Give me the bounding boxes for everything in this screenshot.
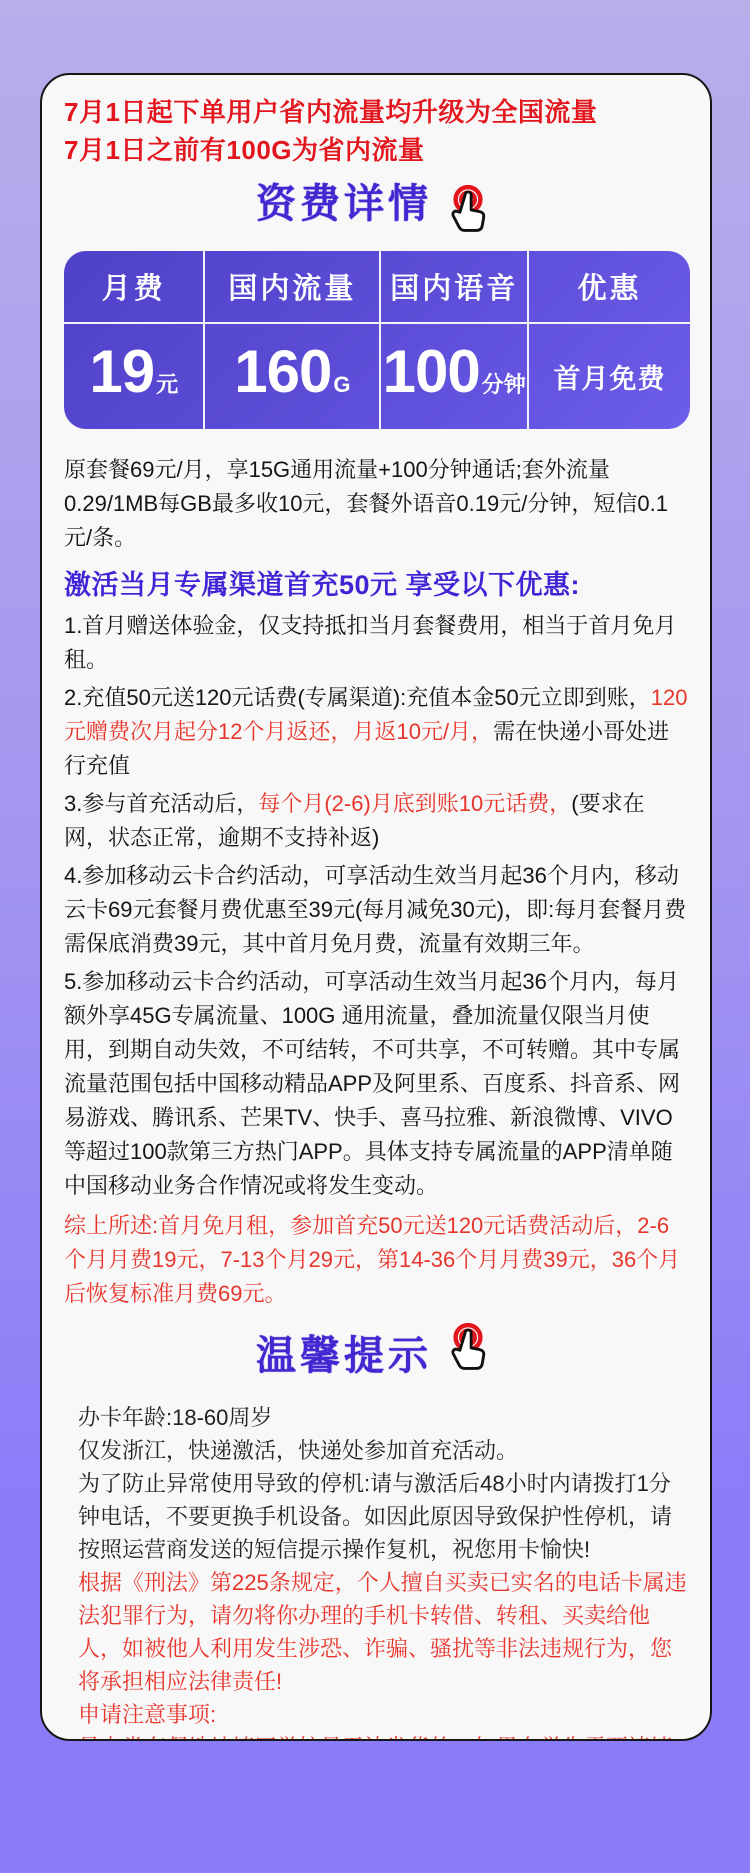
promo-item-1: 1.首月赠送体验金，仅支持抵扣当月套餐费用，相当于首月免月租。 [64,609,688,677]
tip-shipping-region: 仅发浙江，快递激活，快递处参加首充活动。 [78,1434,688,1467]
plan-table-header-discount: 优惠 [529,251,690,324]
promo-benefits-list: 1.首月赠送体验金，仅支持抵扣当月套餐费用，相当于首月免月租。 2.充值50元送… [64,609,688,1203]
plan-table-cell-monthly-fee: 19元 [64,324,205,429]
tip-legal-warning: 根据《刑法》第225条规定，个人擅自买卖已实名的电话卡属违法犯罪行为，请勿将你办… [78,1566,688,1698]
plan-table-header-monthly-fee: 月费 [64,251,205,324]
pricing-summary: 综上所述:首月免月租，参加首充50元送120元话费活动后，2-6个月月费19元，… [64,1209,688,1311]
tip-activation-call: 为了防止异常使用导致的停机:请与激活后48小时内请拨打1分钟电话，不要更换手机设… [78,1467,688,1566]
upgrade-notice-line1: 7月1日起下单用户省内流量均升级为全国流量 [64,93,688,131]
pricing-section-title[interactable]: 资费详情 [64,175,688,237]
voice-unit: 分钟 [482,368,526,399]
promo-item-2: 2.充值50元送120元话费(专属渠道):充值本金50元立即到账，120元赠费次… [64,681,688,783]
plan-table-cell-discount: 首月免费 [529,324,690,429]
promo-item-4: 4.参加移动云卡合约活动，可享活动生效当月起36个月内，移动云卡69元套餐月费优… [64,859,688,961]
data-unit: G [333,372,350,398]
promo-item-3: 3.参与首充活动后，每个月(2-6)月底到账10元话费，(要求在网，状态正常，逾… [64,787,688,855]
tips-title-text: 温馨提示 [256,1327,432,1385]
tips-list: 办卡年龄:18-60周岁 仅发浙江，快递激活，快递处参加首充活动。 为了防止异常… [64,1401,688,1741]
tap-click-icon[interactable] [440,1313,496,1375]
promo-heading: 激活当月专属渠道首充50元 享受以下优惠: [64,565,688,605]
pricing-title-text: 资费详情 [256,175,432,233]
tap-click-icon[interactable] [440,175,496,237]
plan-table: 月费 国内流量 国内语音 优惠 19元 160G 100分钟 首月免费 [64,251,690,429]
tips-section-title[interactable]: 温馨提示 [64,1327,688,1393]
base-plan-description: 原套餐69元/月，享15G通用流量+100分钟通话;套外流量0.29/1MB每G… [64,453,688,555]
upgrade-notice-line2: 7月1日之前有100G为省内流量 [64,131,688,169]
promo-poster: 7月1日起下单用户省内流量均升级为全国流量 7月1日之前有100G为省内流量 资… [0,0,750,1873]
data-value: 160 [234,342,331,402]
tip-address-instructions: 号卡类套餐地址填写学校是无法发货的，如果有学生需要请填写学校附近地址，信息内不能… [78,1731,688,1741]
plan-table-header-data: 国内流量 [205,251,381,324]
plan-table-cell-data: 160G [205,324,381,429]
tip-age-limit: 办卡年龄:18-60周岁 [78,1401,688,1434]
tip-application-notes-heading: 申请注意事项: [78,1698,688,1731]
upgrade-notice-banner: 7月1日起下单用户省内流量均升级为全国流量 7月1日之前有100G为省内流量 [64,93,688,169]
promo-card: 7月1日起下单用户省内流量均升级为全国流量 7月1日之前有100G为省内流量 资… [40,73,712,1741]
discount-value: 首月免费 [554,357,666,396]
voice-value: 100 [383,342,480,402]
monthly-fee-unit: 元 [156,368,178,399]
monthly-fee-value: 19 [89,342,154,402]
plan-table-header-voice: 国内语音 [381,251,529,324]
promo-item-5: 5.参加移动云卡合约活动，可享活动生效当月起36个月内，每月额外享45G专属流量… [64,965,688,1203]
plan-table-cell-voice: 100分钟 [381,324,529,429]
